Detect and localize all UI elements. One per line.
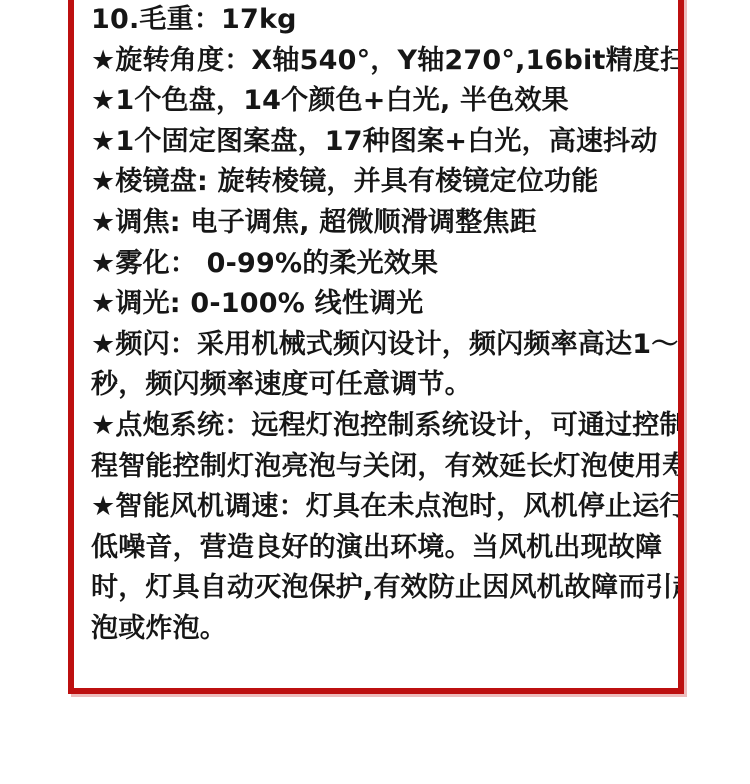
product-description-page: 10.毛重：17kg ★旋转角度：X轴540°，Y轴270°,16bit精度扫描… bbox=[0, 0, 750, 784]
spec-line-fan-speed-4: 泡或炸泡。 bbox=[91, 609, 670, 650]
spec-line-fan-speed-2: 低噪音，营造良好的演出环境。当风机出现故障 bbox=[91, 528, 670, 569]
spec-line-strobe-2: 秒，频闪频率速度可任意调节。 bbox=[91, 365, 670, 406]
spec-line-prism-wheel: ★棱镜盘: 旋转棱镜，并具有棱镜定位功能 bbox=[91, 162, 670, 203]
spec-line-frost: ★雾化： 0-99%的柔光效果 bbox=[91, 244, 670, 285]
spec-line-strobe-1: ★频闪：采用机械式频闪设计，频闪频率高达1～13次/ bbox=[91, 325, 670, 366]
spec-line-rotation-angle: ★旋转角度：X轴540°，Y轴270°,16bit精度扫描 bbox=[91, 41, 670, 82]
spec-text: 10.毛重：17kg ★旋转角度：X轴540°，Y轴270°,16bit精度扫描… bbox=[74, 0, 678, 650]
spec-line-color-wheel: ★1个色盘，14个颜色+白光, 半色效果 bbox=[91, 81, 670, 122]
spec-line-fan-speed-3: 时，灯具自动灭泡保护,有效防止因风机故障而引起的烧 bbox=[91, 568, 670, 609]
spec-line-lamp-control-1: ★点炮系统：远程灯泡控制系统设计，可通过控制台远 bbox=[91, 406, 670, 447]
spec-line-gobo-wheel: ★1个固定图案盘，17种图案+白光，高速抖动 bbox=[91, 122, 670, 163]
spec-line-fan-speed-1: ★智能风机调速：灯具在未点泡时，风机停止运行，降 bbox=[91, 487, 670, 528]
spec-panel: 10.毛重：17kg ★旋转角度：X轴540°，Y轴270°,16bit精度扫描… bbox=[68, 0, 684, 694]
spec-line-gross-weight: 10.毛重：17kg bbox=[91, 0, 670, 41]
spec-line-dimmer: ★调光: 0-100% 线性调光 bbox=[91, 284, 670, 325]
spec-line-lamp-control-2: 程智能控制灯泡亮泡与关闭，有效延长灯泡使用寿命。 bbox=[91, 447, 670, 488]
spec-line-focus: ★调焦: 电子调焦, 超微顺滑调整焦距 bbox=[91, 203, 670, 244]
